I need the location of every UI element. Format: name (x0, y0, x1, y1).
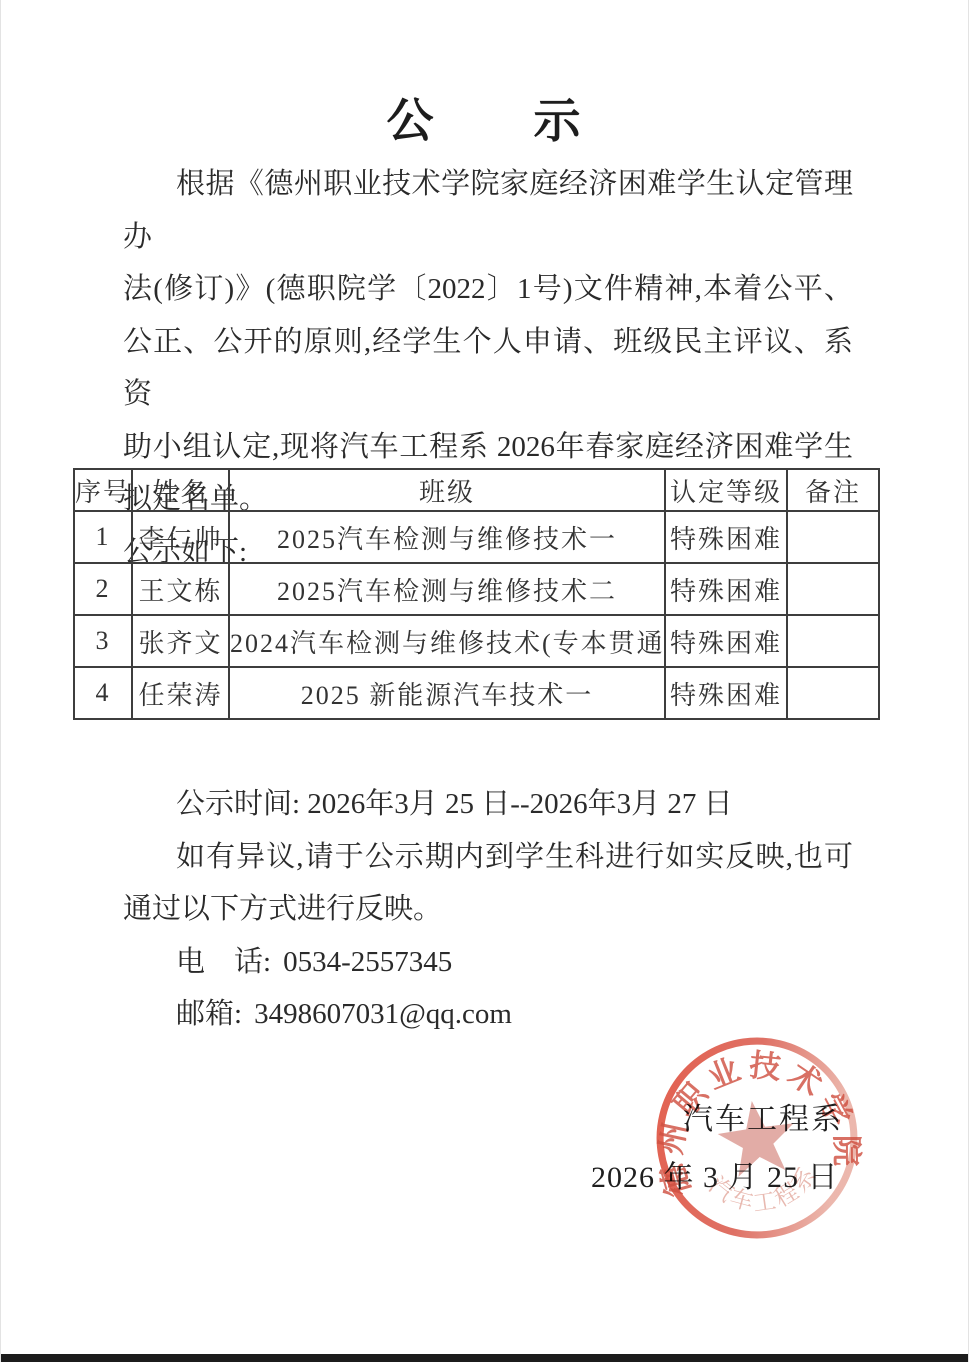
students-table: 序号 姓名 班级 认定等级 备注 1 李仁帅 2025汽车检测与维修技术一 特殊… (73, 468, 880, 720)
email-address: 3498607031@qq.com (242, 998, 512, 1030)
cell-name: 张齐文 (132, 615, 229, 667)
cell-name: 王文栋 (132, 563, 229, 615)
intro-line: 助小组认定,现将汽车工程系 2026年春家庭经济困难学生 (123, 421, 853, 474)
header-level: 认定等级 (665, 469, 787, 511)
table-row: 4 任荣涛 2025 新能源汽车技术一 特殊困难 (74, 667, 879, 719)
page-title: 公 示 (1, 84, 968, 151)
cell-no: 3 (74, 615, 132, 667)
cell-no: 4 (74, 667, 132, 719)
cell-no: 2 (74, 563, 132, 615)
cell-remark (787, 667, 879, 719)
seal-bottom-text: 汽车工程系 (701, 1158, 827, 1224)
cell-class: 2025汽车检测与维修技术一 (229, 511, 665, 563)
objection-line: 通过以下方式进行反映。 (123, 883, 853, 936)
header-remark: 备注 (787, 469, 879, 511)
phone-number: 0534-2557345 (271, 946, 452, 978)
publicity-period: 公示时间: 2026年3月 25 日--2026年3月 27 日 (123, 778, 853, 831)
email-label: 邮箱: (176, 998, 242, 1030)
seal-star-icon (714, 1096, 800, 1179)
cell-remark (787, 563, 879, 615)
announcement-document: 公 示 根据《德州职业技术学院家庭经济困难学生认定管理办 法(修订)》(德职院学… (0, 0, 969, 1362)
svg-text:汽车工程系: 汽车工程系 (701, 1158, 827, 1224)
bottom-edge-bar (1, 1354, 968, 1362)
cell-class: 2025 新能源汽车技术一 (229, 667, 665, 719)
cell-level: 特殊困难 (665, 667, 787, 719)
phone-line: 电 话:0534-2557345 (123, 936, 853, 989)
intro-line: 根据《德州职业技术学院家庭经济困难学生认定管理办 (123, 158, 853, 263)
cell-level: 特殊困难 (665, 563, 787, 615)
header-name: 姓名 (132, 469, 229, 511)
header-no: 序号 (74, 469, 132, 511)
cell-remark (787, 615, 879, 667)
footer-text: 公示时间: 2026年3月 25 日--2026年3月 27 日 如有异议,请于… (123, 778, 853, 1041)
table-header-row: 序号 姓名 班级 认定等级 备注 (74, 469, 879, 511)
cell-level: 特殊困难 (665, 615, 787, 667)
table-row: 2 王文栋 2025汽车检测与维修技术二 特殊困难 (74, 563, 879, 615)
table-row: 3 张齐文 2024汽车检测与维修技术(专本贯通)一 特殊困难 (74, 615, 879, 667)
official-seal: 德州职业技术学院 汽车工程系 (637, 1018, 876, 1257)
cell-no: 1 (74, 511, 132, 563)
phone-label: 电 话: (176, 946, 271, 978)
intro-line: 法(修订)》(德职院学〔2022〕1号)文件精神,本着公平、 (123, 263, 853, 316)
cell-level: 特殊困难 (665, 511, 787, 563)
objection-line: 如有异议,请于公示期内到学生科进行如实反映,也可 (123, 831, 853, 884)
cell-class: 2024汽车检测与维修技术(专本贯通)一 (229, 615, 665, 667)
header-class: 班级 (229, 469, 665, 511)
cell-remark (787, 511, 879, 563)
cell-name: 李仁帅 (132, 511, 229, 563)
cell-class: 2025汽车检测与维修技术二 (229, 563, 665, 615)
cell-name: 任荣涛 (132, 667, 229, 719)
intro-line: 公正、公开的原则,经学生个人申请、班级民主评议、系资 (123, 316, 853, 421)
table-row: 1 李仁帅 2025汽车检测与维修技术一 特殊困难 (74, 511, 879, 563)
